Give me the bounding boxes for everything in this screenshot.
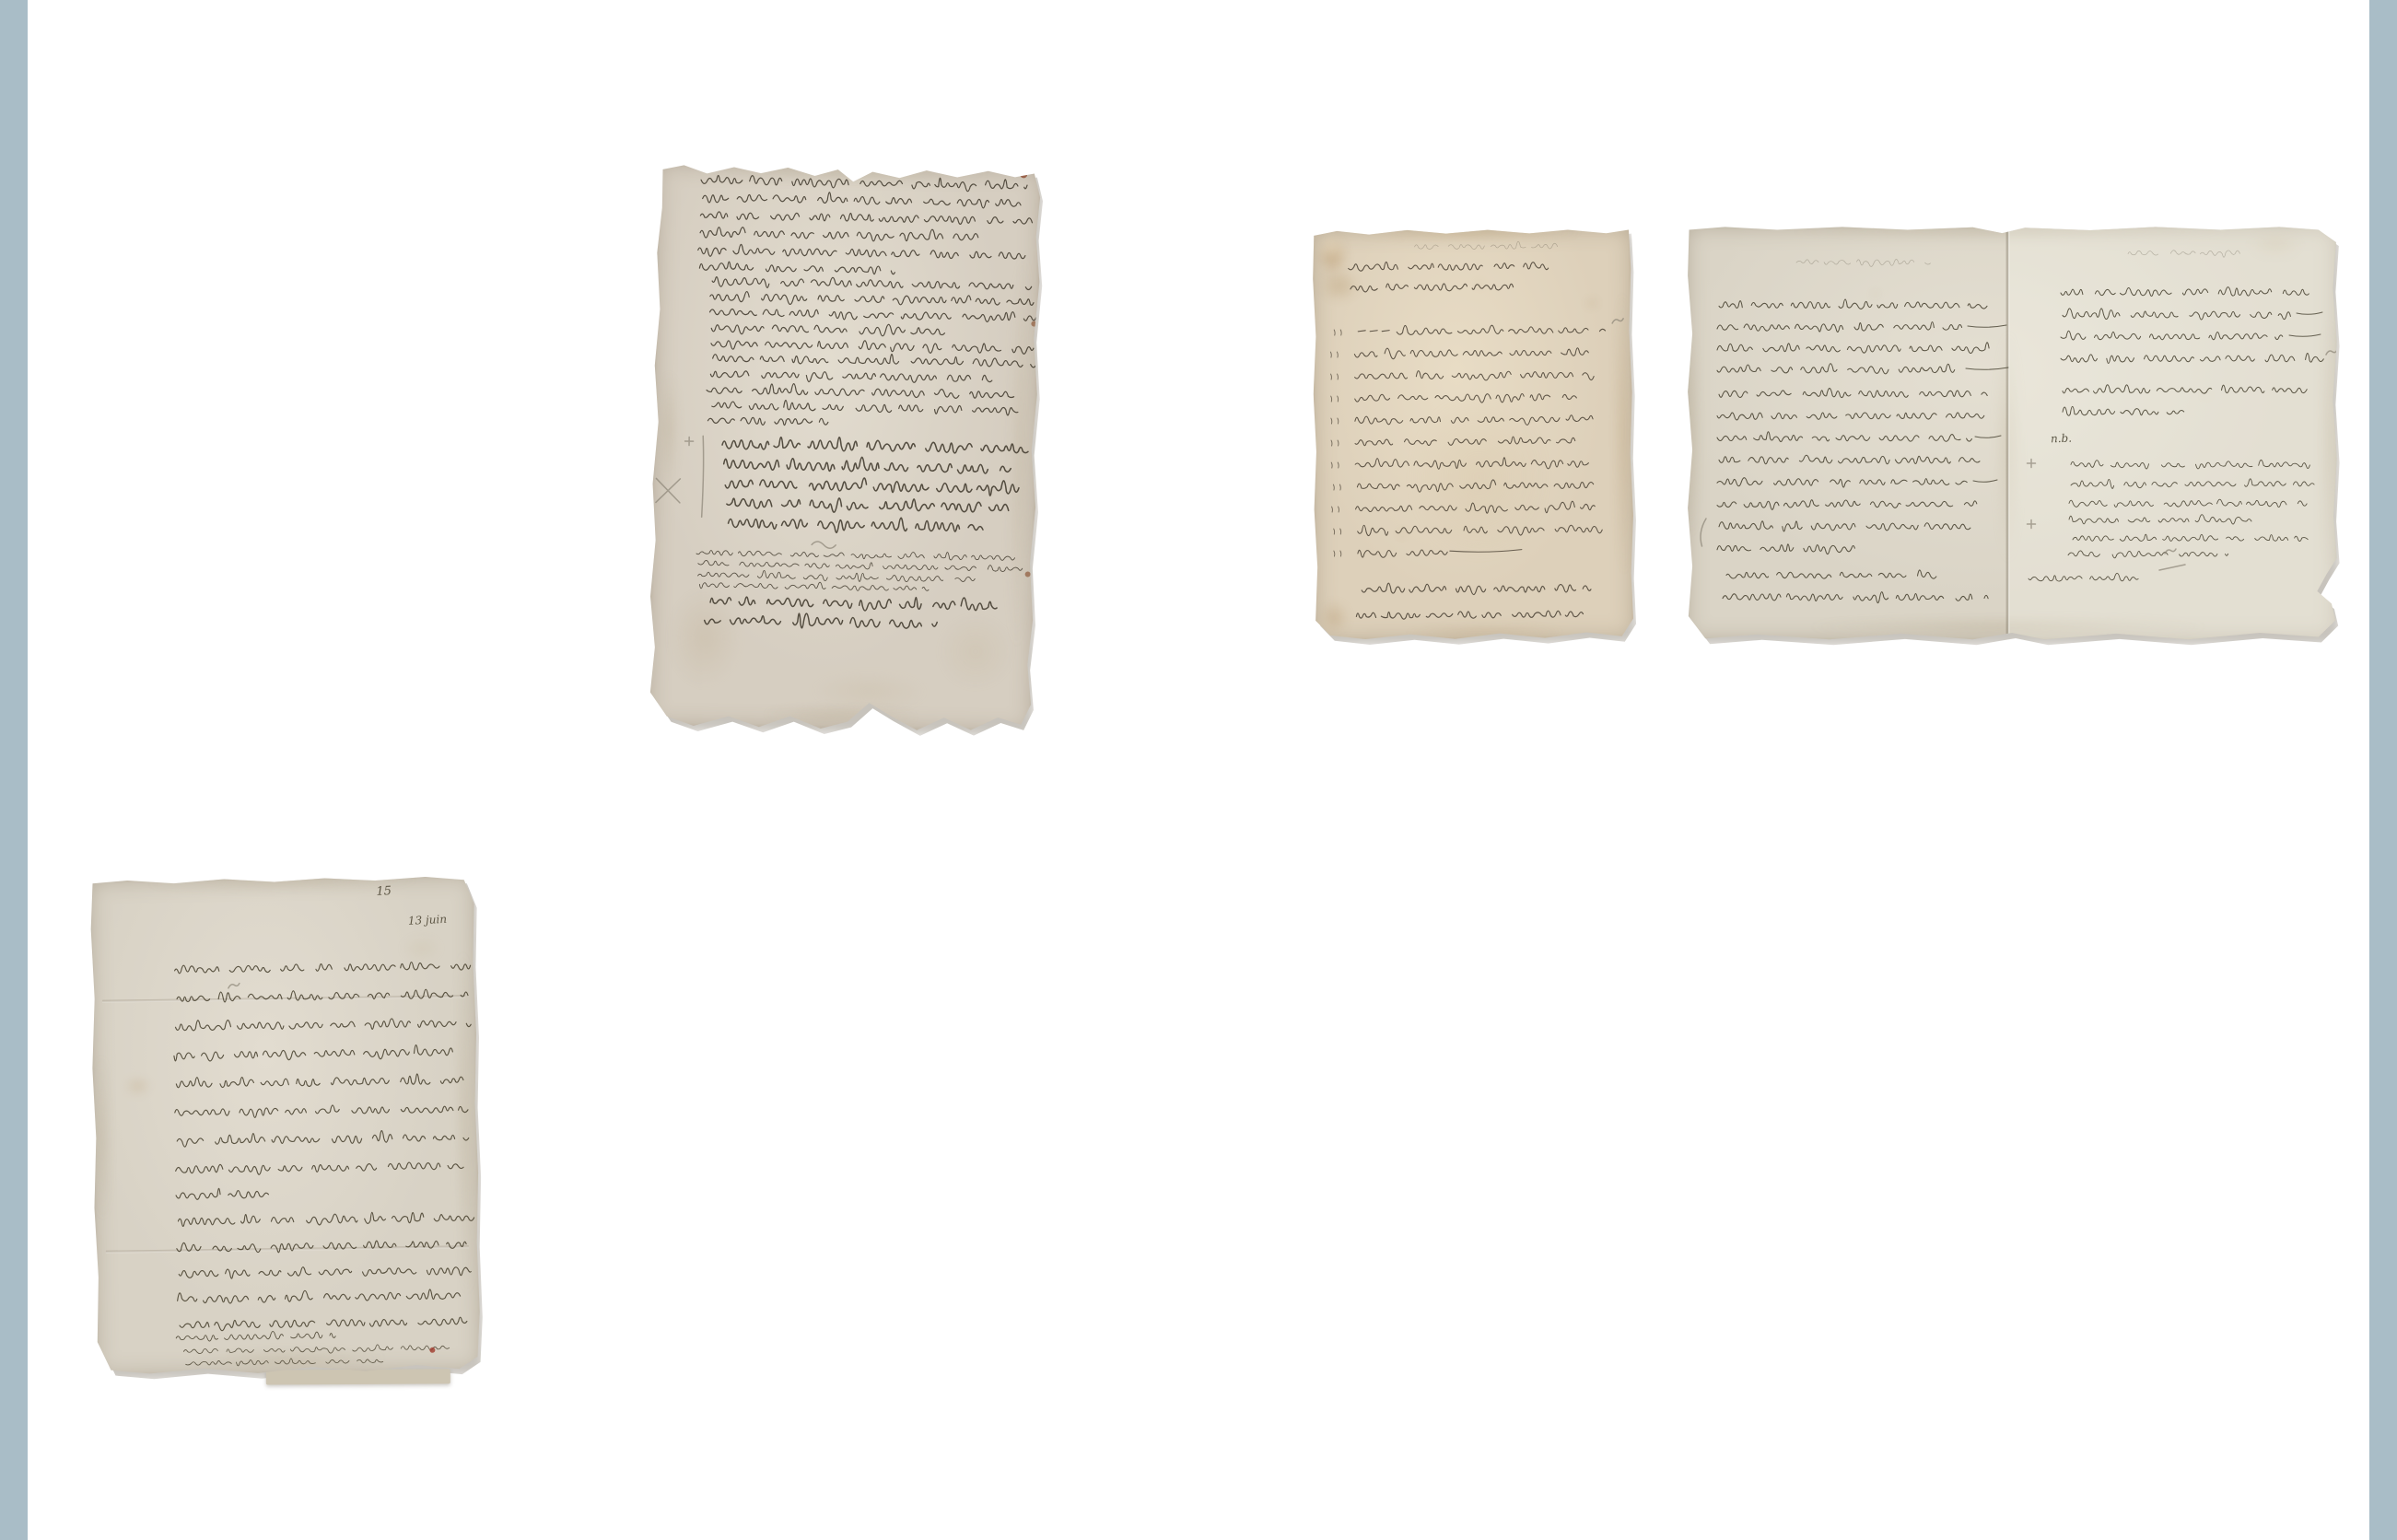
- nota-bene: n.b.: [2051, 432, 2073, 446]
- tick-pencil-mark: [1612, 319, 1623, 323]
- handwriting-line: [178, 1211, 474, 1227]
- page-number: 15: [376, 884, 392, 899]
- manuscript-letter-bifolium: n.b.: [1686, 226, 2338, 641]
- handwriting-line: [1717, 343, 1989, 354]
- handwriting-line: [696, 548, 1015, 562]
- handwriting-line: [1796, 260, 1931, 267]
- handwriting-line: [728, 515, 983, 535]
- handwriting-line: [177, 988, 468, 1002]
- handwriting-line: [710, 593, 997, 612]
- handwriting-line: [175, 1017, 471, 1032]
- ditto-mark: [1331, 418, 1339, 424]
- handwriting-line: [703, 190, 1022, 208]
- handwriting-line: [1726, 570, 1936, 578]
- handwriting-line: [2061, 287, 2309, 297]
- manuscript-verse-leaf-paper: [648, 162, 1043, 732]
- underline-pencil-mark: [2159, 565, 2185, 570]
- handwriting-line: [2071, 479, 2314, 489]
- rust-spot: [429, 1347, 435, 1353]
- handwriting-line: [724, 455, 1011, 474]
- handwriting-line: [178, 1289, 461, 1304]
- handwriting-line: [1356, 611, 1583, 620]
- plus-pencil-mark: [2028, 460, 2036, 468]
- handwriting-line: [176, 1161, 464, 1176]
- handwriting-line: [713, 351, 1041, 367]
- handwriting-line: [180, 1317, 467, 1331]
- dash-trail: [1966, 367, 2008, 369]
- handwriting-line: [710, 370, 992, 385]
- ditto-mark: [1330, 352, 1338, 357]
- rust-spot: [1020, 170, 1027, 178]
- handwriting-line: [2128, 251, 2239, 257]
- tick-pencil-mark: [2326, 350, 2337, 355]
- handwriting-line: [2069, 515, 2251, 524]
- manuscript-verse-leaf-handwriting: [648, 162, 1043, 732]
- manuscript-letter-leaf-13-juin: 1513 juin: [88, 874, 482, 1377]
- handwriting-line: [2061, 331, 2283, 340]
- handwriting-line: [2063, 309, 2290, 320]
- handwriting-line: [1717, 321, 1962, 332]
- dash-trail: [1968, 325, 2006, 327]
- handwriting-line: [1349, 261, 1549, 271]
- handwriting-line: [177, 1129, 469, 1147]
- handwriting-line: [1717, 432, 1971, 442]
- manuscript-letter-bifolium-handwriting: [1686, 226, 2338, 641]
- plus-pencil-mark: [685, 437, 694, 445]
- handwriting-line: [176, 1330, 335, 1341]
- handwriting-line: [179, 1265, 471, 1279]
- handwriting-line: [1719, 455, 1980, 464]
- ditto-mark: [1334, 551, 1341, 556]
- handwriting-line: [177, 1239, 466, 1254]
- rust-spot: [1025, 571, 1031, 577]
- handwriting-line: [705, 612, 938, 630]
- handwriting-line: [699, 262, 894, 274]
- handwriting-line: [711, 321, 944, 338]
- handwriting-line: [1719, 299, 1987, 309]
- plus-pencil-mark: [2028, 520, 2036, 529]
- manuscript-verse-leaf: [648, 162, 1043, 732]
- handwriting-line: [700, 226, 978, 243]
- handwriting-line: [186, 1357, 383, 1366]
- handwriting-line: [1354, 347, 1588, 359]
- catalog-page: n.b.1513 juin: [0, 0, 2397, 1540]
- handwriting-line: [697, 569, 975, 583]
- vline-pencil-mark: [702, 436, 705, 517]
- dash-lead: [1358, 331, 1389, 332]
- handwriting-line: [712, 275, 1032, 292]
- handwriting-line: [711, 338, 1034, 355]
- handwriting-line: [1355, 457, 1588, 470]
- date-line: 13 juin: [408, 913, 448, 927]
- handwriting-line: [2063, 406, 2184, 415]
- handwriting-line: [1357, 479, 1593, 493]
- handwriting-line: [1355, 437, 1575, 446]
- ditto-mark: [1333, 484, 1340, 490]
- handwriting-line: [1355, 393, 1577, 403]
- second-sheet-edge: [266, 1369, 450, 1384]
- manuscript-scans: n.b.1513 juin: [0, 0, 2397, 1540]
- handwriting-line: [1356, 501, 1596, 514]
- handwriting-line: [1358, 523, 1603, 536]
- dash-trail: [1973, 480, 1997, 482]
- ditto-mark: [1334, 529, 1341, 534]
- handwriting-line: [1717, 364, 1955, 374]
- handwriting-line: [1362, 582, 1591, 596]
- handwriting-line: [175, 1103, 468, 1119]
- x-pencil-mark: [656, 478, 680, 502]
- ditto-mark: [1331, 440, 1339, 446]
- handwriting-line: [1351, 283, 1514, 292]
- ditto-mark: [1334, 330, 1341, 335]
- handwriting-line: [1355, 414, 1593, 426]
- handwriting-line: [707, 382, 1014, 399]
- handwriting-line: [1717, 544, 1854, 554]
- check-pencil-mark: [1701, 519, 1706, 546]
- handwriting-line: [1397, 324, 1605, 335]
- handwriting-line: [2073, 534, 2308, 541]
- handwriting-line: [2068, 551, 2228, 558]
- handwriting-line: [727, 496, 1009, 515]
- handwriting-line: [1717, 478, 1967, 487]
- manuscript-letter-leaf-13-juin-paper: 1513 juin: [88, 874, 482, 1377]
- handwriting-line: [709, 307, 1035, 323]
- handwriting-line: [712, 399, 1018, 415]
- ditto-mark: [1332, 507, 1339, 512]
- handwriting-line: [1415, 241, 1558, 250]
- handwriting-line: [183, 1344, 449, 1356]
- handwriting-line: [1723, 592, 1988, 603]
- tick-pencil-mark: [228, 984, 240, 988]
- handwriting-line: [710, 291, 1034, 309]
- manuscript-poem-extract-leaf-handwriting: [1311, 227, 1634, 641]
- handwriting-line: [1355, 369, 1595, 381]
- handwriting-line: [1719, 521, 1970, 531]
- handwriting-line: [699, 580, 929, 592]
- sep-pencil-mark: [812, 542, 836, 548]
- dash-trail: [1450, 550, 1522, 553]
- handwriting-line: [176, 1188, 269, 1200]
- handwriting-line: [700, 211, 1032, 226]
- ditto-mark: [1331, 374, 1339, 379]
- handwriting-line: [175, 962, 471, 974]
- handwriting-line: [1358, 550, 1447, 558]
- handwriting-line: [707, 416, 828, 426]
- handwriting-line: [2061, 353, 2323, 363]
- handwriting-line: [701, 174, 1027, 192]
- manuscript-poem-extract-leaf: [1311, 227, 1634, 641]
- ditto-mark: [1331, 396, 1339, 402]
- handwriting-line: [2069, 499, 2307, 507]
- ditto-mark: [1331, 462, 1339, 468]
- dash-trail: [2289, 334, 2321, 336]
- handwriting-line: [1717, 413, 1984, 420]
- handwriting-line: [722, 436, 1028, 455]
- dash-trail: [2297, 312, 2322, 314]
- handwriting-line: [698, 244, 1025, 262]
- handwriting-line: [2029, 573, 2138, 581]
- handwriting-line: [2063, 385, 2307, 393]
- manuscript-letter-bifolium-paper: n.b.: [1686, 226, 2338, 641]
- manuscript-letter-leaf-13-juin-handwriting: [88, 874, 482, 1377]
- handwriting-line: [1719, 389, 1987, 398]
- handwriting-line: [725, 475, 1019, 496]
- handwriting-line: [174, 1044, 453, 1062]
- handwriting-line: [1717, 500, 1977, 510]
- handwriting-line: [2071, 460, 2309, 469]
- handwriting-line: [698, 559, 1023, 571]
- handwriting-line: [176, 1073, 463, 1088]
- manuscript-poem-extract-leaf-paper: [1311, 227, 1634, 641]
- dash-trail: [1975, 436, 2001, 437]
